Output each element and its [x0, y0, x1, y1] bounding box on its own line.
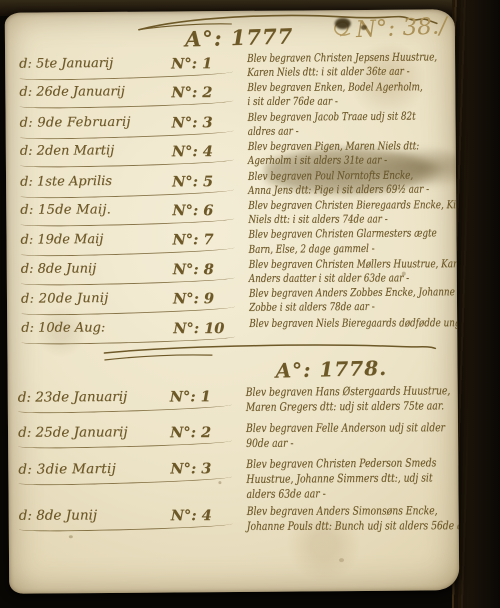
entry-number: N°: 7: [172, 231, 213, 248]
entry-text-line: Huustrue, Johanne Simmers dtt:, udj sit: [246, 470, 436, 486]
paper-speck: [339, 558, 344, 562]
entry-number: N°: 2: [171, 84, 212, 101]
burial-entry: d: 8de JunijN°: 4Blev begraven Anders Si…: [19, 503, 455, 539]
entry-text: Blev begraven Enken, Bodel Agerholm,i si…: [247, 81, 422, 110]
entry-date-group: d: 19de MaijN°: 7: [20, 228, 248, 250]
entry-number: N°: 4: [172, 143, 213, 160]
burial-entry: d: 8de JunijN°: 8Blev begraven Christen …: [21, 257, 453, 288]
ink-stain: [264, 137, 460, 205]
entry-date-group: d: 25de JanuarijN°: 2: [18, 421, 246, 442]
entry-number: N°: 10: [173, 320, 224, 337]
entry-date-group: d: 26de JanuarijN°: 2: [19, 81, 247, 102]
burial-entry: d: 3die MartijN°: 3Blev begraven Christe…: [18, 455, 454, 503]
entry-number: N°: 1: [171, 55, 212, 72]
entry-text-line: i sit alder 76de aar -: [247, 95, 422, 110]
entry-number: N°: 3: [170, 460, 211, 477]
burial-entry: d: 26de JanuarijN°: 2Blev begraven Enken…: [19, 81, 451, 112]
entry-date: d: 8de Junij: [19, 507, 171, 525]
book-binding-edge: [452, 0, 500, 608]
entry-text: Blev begraven Anders Simonsøns Encke,Joh…: [247, 503, 460, 534]
entry-number: N°: 6: [172, 202, 213, 219]
entry-text-line: Blev begraven Niels Bieregaards dødfødde…: [249, 316, 459, 331]
entry-date-group: d: 23de JanuarijN°: 1: [18, 385, 246, 407]
entry-text-line: Maren Gregers dtt: udj sit alders 75te a…: [246, 398, 451, 415]
manuscript-page: A°: 1777 N°: 38./ d: 5te JanuarijN°: 1Bl…: [5, 9, 460, 594]
entry-date: d: 23de Januarij: [18, 388, 170, 406]
paper-speck: [218, 481, 221, 484]
entry-text-line: Blev begraven Anders Simonsøns Encke,: [247, 503, 460, 519]
burial-entry: d: 19de MaijN°: 7Blev begraven Christen …: [20, 227, 452, 260]
entry-text: Blev begraven Hans Østergaards Huustrue,…: [246, 383, 451, 415]
year-header-1778: A°: 1778.: [275, 356, 387, 383]
page-number-text: N°: 38./: [355, 13, 447, 43]
entry-date: d: 26de Januarij: [19, 85, 171, 103]
entry-number: N°: 3: [172, 114, 213, 131]
entry-date-group: d: 20de JunijN°: 9: [21, 287, 249, 309]
entry-text-line: alders 63de aar -: [246, 485, 436, 501]
entry-text-line: Blev begraven Christen Pederson Smeds: [246, 455, 436, 471]
entry-date: d: 3die Martij: [18, 460, 170, 478]
year-header-1777: A°: 1777: [185, 23, 294, 51]
entry-date: d: 25de Januarij: [18, 424, 170, 442]
entry-text-line: Zobbe i sit alders 78de aar -: [249, 299, 459, 315]
entry-date: d: 20de Junij: [21, 291, 173, 309]
burial-entry: d: 5te JanuarijN°: 1Blev begraven Christ…: [19, 50, 451, 83]
entry-number: N°: 2: [170, 424, 211, 441]
entry-date: d: 19de Maij: [20, 232, 172, 250]
entry-date: d: 8de Junij: [21, 261, 173, 279]
entry-date: d: 5te Januarij: [19, 55, 171, 73]
entry-text: Blev begraven Christen Glarmesters ægteB…: [248, 227, 436, 257]
entry-text-line: aldres aar -: [248, 124, 416, 140]
entry-text: Blev begraven Christen Møllers Huustrue,…: [249, 257, 460, 286]
entry-text: Blev begraven Felle Anderson udj sit ald…: [246, 420, 445, 451]
entry-text-line: Anders daatter i sit alder 63de aar -: [249, 271, 460, 286]
burial-entry: d: 9de FebruarijN°: 3Blev begraven Jacob…: [20, 109, 452, 142]
burial-entry: d: 20de JunijN°: 9Blev begraven Anders Z…: [21, 285, 453, 318]
entry-date: d: 9de Februarij: [20, 114, 172, 132]
entry-text-line: Blev begraven Hans Østergaards Huustrue,: [246, 383, 451, 400]
entry-text-line: Blev begraven Felle Anderson udj sit ald…: [246, 420, 445, 436]
entry-text-line: 90de aar -: [246, 435, 445, 451]
entry-text-line: Blev begraven Christen Møllers Huustrue,…: [249, 257, 460, 272]
entry-date: d: 15de Maij.: [20, 202, 172, 220]
paper-speck: [402, 272, 406, 276]
entry-date-group: d: 8de JunijN°: 8: [21, 258, 249, 279]
burial-entry: d: 23de JanuarijN°: 1Blev begraven Hans …: [18, 383, 454, 420]
entry-text-line: Blev begraven Enken, Bodel Agerholm,: [247, 81, 422, 96]
entry-number: N°: 8: [173, 261, 214, 278]
entry-number: N°: 1: [170, 388, 211, 405]
entries-1778: d: 23de JanuarijN°: 1Blev begraven Hans …: [18, 383, 455, 541]
entry-text: Blev begraven Christen Pederson SmedsHuu…: [246, 455, 436, 501]
paper-speck: [96, 152, 99, 155]
entry-number: N°: 9: [173, 290, 214, 307]
entry-text-line: Blev begraven Anders Zobbes Encke, Johan…: [249, 285, 459, 301]
entry-text: Blev begraven Niels Bieregaards dødfødde…: [249, 316, 459, 331]
entry-date-group: d: 8de JunijN°: 4: [19, 504, 247, 525]
entry-text-line: Blev begraven Jacob Traae udj sit 82t: [248, 109, 416, 125]
entry-text-line: Niels dtt: i sit alders 74de aar -: [248, 212, 459, 227]
entry-date-group: d: 10de Aug:N°: 10: [21, 316, 249, 337]
entry-text-line: Blev begraven Christen Jepsens Huustrue,: [247, 50, 437, 66]
photograph-background: A°: 1777 N°: 38./ d: 5te JanuarijN°: 1Bl…: [0, 0, 500, 608]
entry-date: d: 10de Aug:: [21, 320, 173, 338]
ink-blot-small: [361, 25, 367, 30]
entry-date-group: d: 15de Maij.N°: 6: [20, 199, 248, 220]
entry-number: N°: 4: [171, 507, 212, 524]
ink-blot: [335, 18, 351, 29]
entry-date-group: d: 1ste AprilisN°: 5: [20, 169, 248, 191]
entry-text-line: Blev begraven Christen Glarmesters ægte: [248, 227, 436, 243]
entry-date-group: d: 2den MartijN°: 4: [20, 140, 248, 161]
entry-text-line: Johanne Pouls dtt: Bunch udj sit alders …: [247, 518, 460, 534]
entry-text-line: Karen Niels dtt: i sit alder 36te aar -: [247, 65, 437, 81]
entry-date-group: d: 3die MartijN°: 3: [18, 457, 246, 479]
entry-date-group: d: 9de FebruarijN°: 3: [20, 111, 248, 133]
burial-entry: d: 25de JanuarijN°: 2Blev begraven Felle…: [18, 420, 454, 456]
entry-text: Blev begraven Anders Zobbes Encke, Johan…: [249, 285, 459, 315]
entry-date-group: d: 5te JanuarijN°: 1: [19, 52, 247, 74]
entry-date: d: 1ste Aprilis: [20, 173, 172, 191]
entry-number: N°: 5: [172, 173, 213, 190]
entry-text: Blev begraven Christen Jepsens Huustrue,…: [247, 50, 437, 80]
entry-text: Blev begraven Jacob Traae udj sit 82tald…: [248, 109, 416, 139]
entry-text-line: Barn, Else, 2 dage gammel -: [249, 241, 437, 257]
paper-speck: [69, 535, 73, 538]
